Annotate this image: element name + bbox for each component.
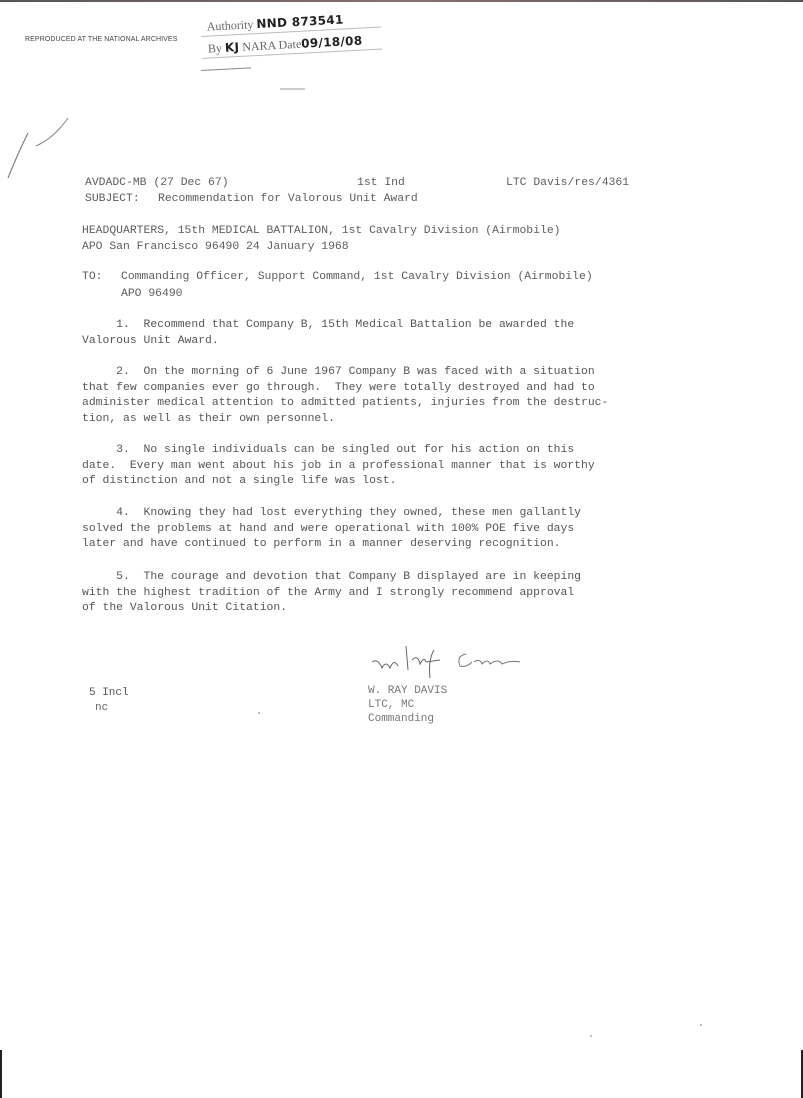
paragraph-5: 5. The courage and devotion that Company… [82,570,682,617]
stamp-rule [201,67,251,71]
scanned-document-page: REPRODUCED AT THE NATIONAL ARCHIVES Auth… [0,0,803,1098]
by-value: KJ [225,40,240,55]
nara-date-value: 09/18/08 [301,34,363,51]
scan-top-edge [0,0,803,2]
scan-speck [590,1035,592,1037]
nara-date-label: NARA Date [242,37,302,54]
by-label: By [208,41,223,56]
to-line-1: Commanding Officer, Support Command, 1st… [121,270,593,285]
subject-value: Recommendation for Valorous Unit Award [158,192,418,207]
signer-rank: LTC, MC [368,698,447,712]
to-line-2: APO 96490 [121,287,183,302]
from-line-2: APO San Francisco 96490 24 January 1968 [82,240,349,255]
scan-speck [700,1024,702,1026]
paragraph-2: 2. On the morning of 6 June 1967 Company… [82,365,682,427]
scan-smudge [280,88,305,90]
signer-title: Commanding [368,712,447,726]
enclosure-note: 5 Incl nc [89,686,129,716]
from-line-1: HEADQUARTERS, 15th MEDICAL BATTALION, 1s… [82,224,561,239]
handwritten-check-mark-icon [2,108,72,183]
scan-speck [258,712,260,714]
archive-reproduction-note: REPRODUCED AT THE NATIONAL ARCHIVES [25,36,177,43]
paragraph-4: 4. Knowing they had lost everything they… [82,506,682,553]
subject-label: SUBJECT: [85,192,140,207]
indorsement-number: 1st Ind [357,176,405,191]
paragraph-1: 1. Recommend that Company B, 15th Medica… [82,318,682,349]
signature-block: W. RAY DAVIS LTC, MC Commanding [368,684,447,726]
to-label: TO: [82,270,103,285]
originator-reference: LTC Davis/res/4361 [506,176,629,191]
handwritten-signature-icon [368,640,538,680]
signer-name: W. RAY DAVIS [368,684,447,698]
typist-initials: nc [89,701,129,716]
enclosure-count: 5 Incl [89,686,129,701]
paragraph-3: 3. No single individuals can be singled … [82,443,682,490]
declassification-stamp: Authority NND 873541 By KJ NARA Date09/1… [200,2,388,67]
file-reference: AVDADC-MB (27 Dec 67) [85,176,229,191]
authority-label: Authority [206,17,253,33]
scan-left-edge [0,1050,2,1098]
